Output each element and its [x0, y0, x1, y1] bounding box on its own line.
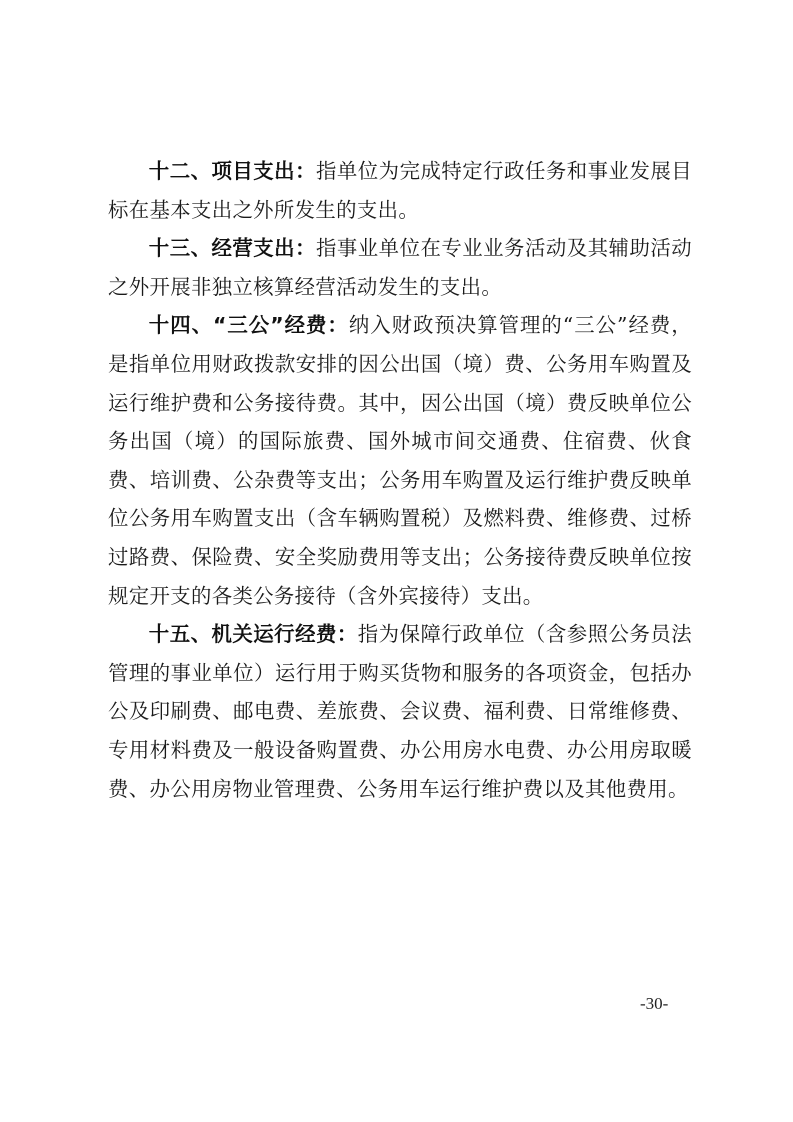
- paragraph-operating-expenditure: 十三、经营支出：指事业单位在专业业务活动及其辅助活动之外开展非独立核算经营活动发…: [108, 229, 692, 306]
- document-page: 十二、项目支出：指单位为完成特定行政任务和事业发展目标在基本支出之外所发生的支出…: [0, 0, 793, 1122]
- term-heading: 十五、机关运行经费：: [149, 622, 358, 646]
- term-definition: 纳入财政预决算管理的“三公”经费，是指单位用财政拨款安排的因公出国（境）费、公务…: [108, 313, 692, 607]
- paragraph-project-expenditure: 十二、项目支出：指单位为完成特定行政任务和事业发展目标在基本支出之外所发生的支出…: [108, 152, 692, 229]
- paragraph-three-public-expenses: 十四、“三公”经费：纳入财政预决算管理的“三公”经费，是指单位用财政拨款安排的因…: [108, 306, 692, 615]
- term-heading: 十三、经营支出：: [149, 236, 316, 260]
- term-definition: 指为保障行政单位（含参照公务员法管理的事业单位）运行用于购买货物和服务的各项资金…: [108, 622, 692, 800]
- term-heading: 十四、“三公”经费：: [149, 313, 349, 337]
- document-body: 十二、项目支出：指单位为完成特定行政任务和事业发展目标在基本支出之外所发生的支出…: [108, 152, 692, 808]
- paragraph-agency-operating-funds: 十五、机关运行经费：指为保障行政单位（含参照公务员法管理的事业单位）运行用于购买…: [108, 615, 692, 808]
- term-heading: 十二、项目支出：: [149, 159, 316, 183]
- page-number: -30-: [640, 994, 700, 1014]
